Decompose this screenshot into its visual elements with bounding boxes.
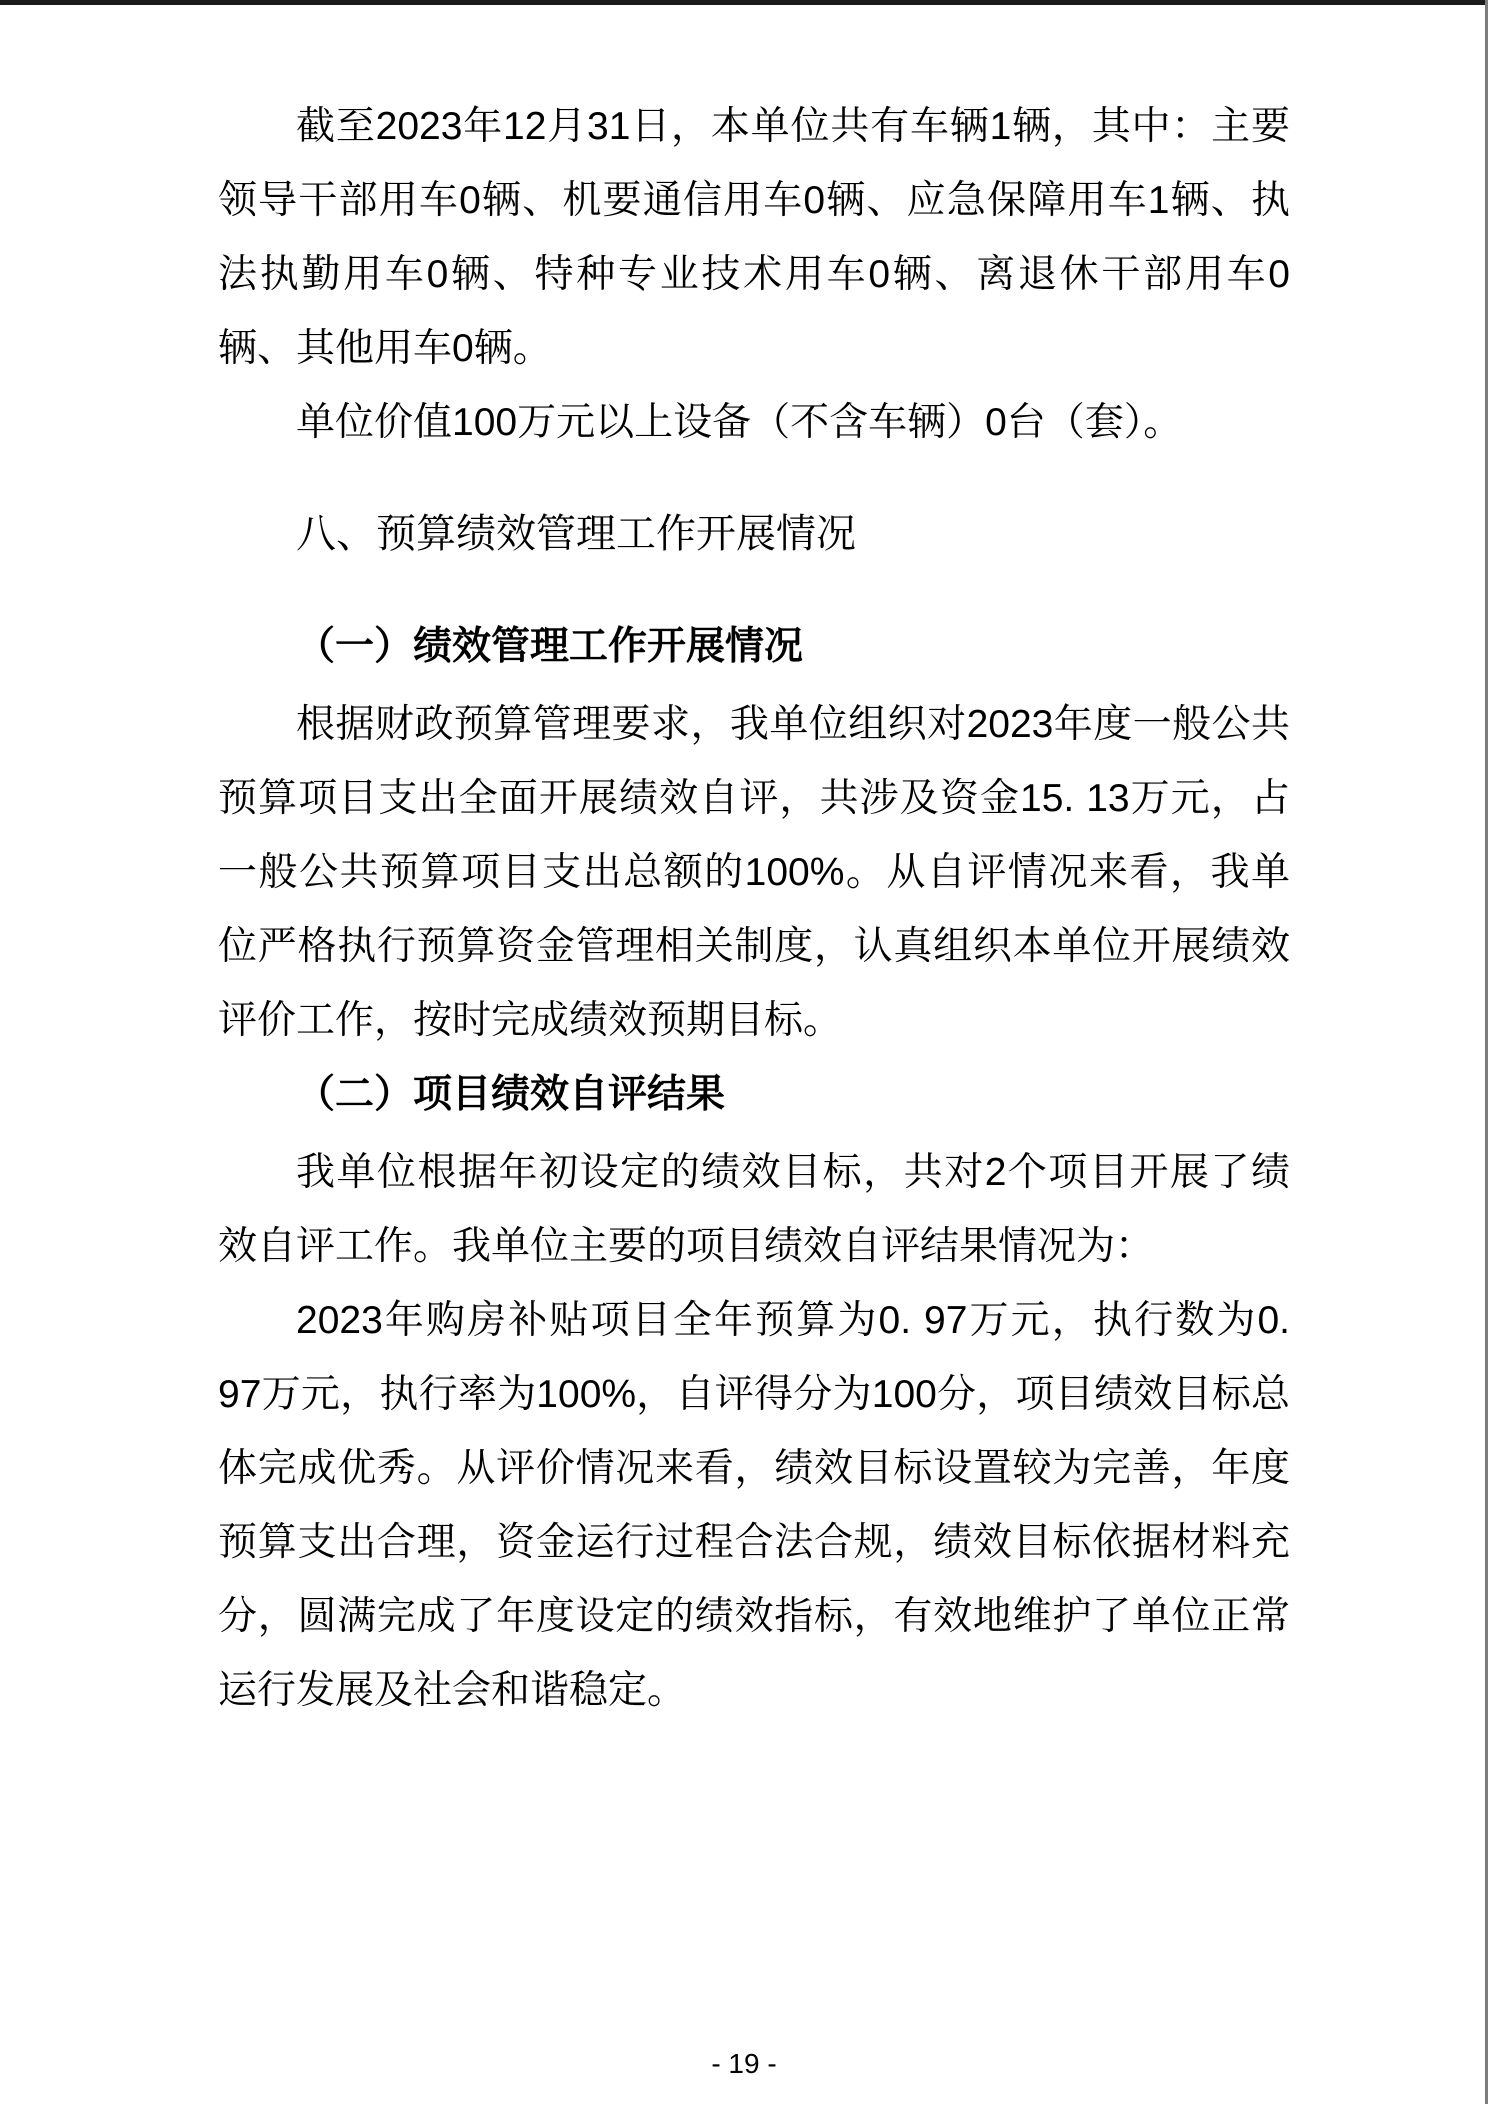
paragraph-project-result: 2023年购房补贴项目全年预算为0. 97万元，执行数为0. 97万元，执行率为… [218,1284,1290,1728]
paragraph-vehicle-count: 截至2023年12月31日，本单位共有车辆1辆，其中：主要领导干部用车0辆、机要… [218,90,1290,386]
page-top-border [0,0,1488,5]
paragraph-self-evaluation-intro: 我单位根据年初设定的绩效目标，共对2个项目开展了绩效自评工作。我单位主要的项目绩… [218,1136,1290,1284]
subsection-heading-one: （一）绩效管理工作开展情况 [218,610,1290,684]
document-page: 截至2023年12月31日，本单位共有车辆1辆，其中：主要领导干部用车0辆、机要… [0,0,1488,2104]
paragraph-equipment: 单位价值100万元以上设备（不含车辆）0台（套）。 [218,386,1290,460]
subsection-heading-two: （二）项目绩效自评结果 [218,1058,1290,1132]
section-heading-eight: 八、预算绩效管理工作开展情况 [218,497,1290,571]
document-body: 截至2023年12月31日，本单位共有车辆1辆，其中：主要领导干部用车0辆、机要… [218,90,1290,1728]
page-number: - 19 - [0,2044,1488,2084]
paragraph-performance-management: 根据财政预算管理要求，我单位组织对2023年度一般公共预算项目支出全面开展绩效自… [218,688,1290,1058]
